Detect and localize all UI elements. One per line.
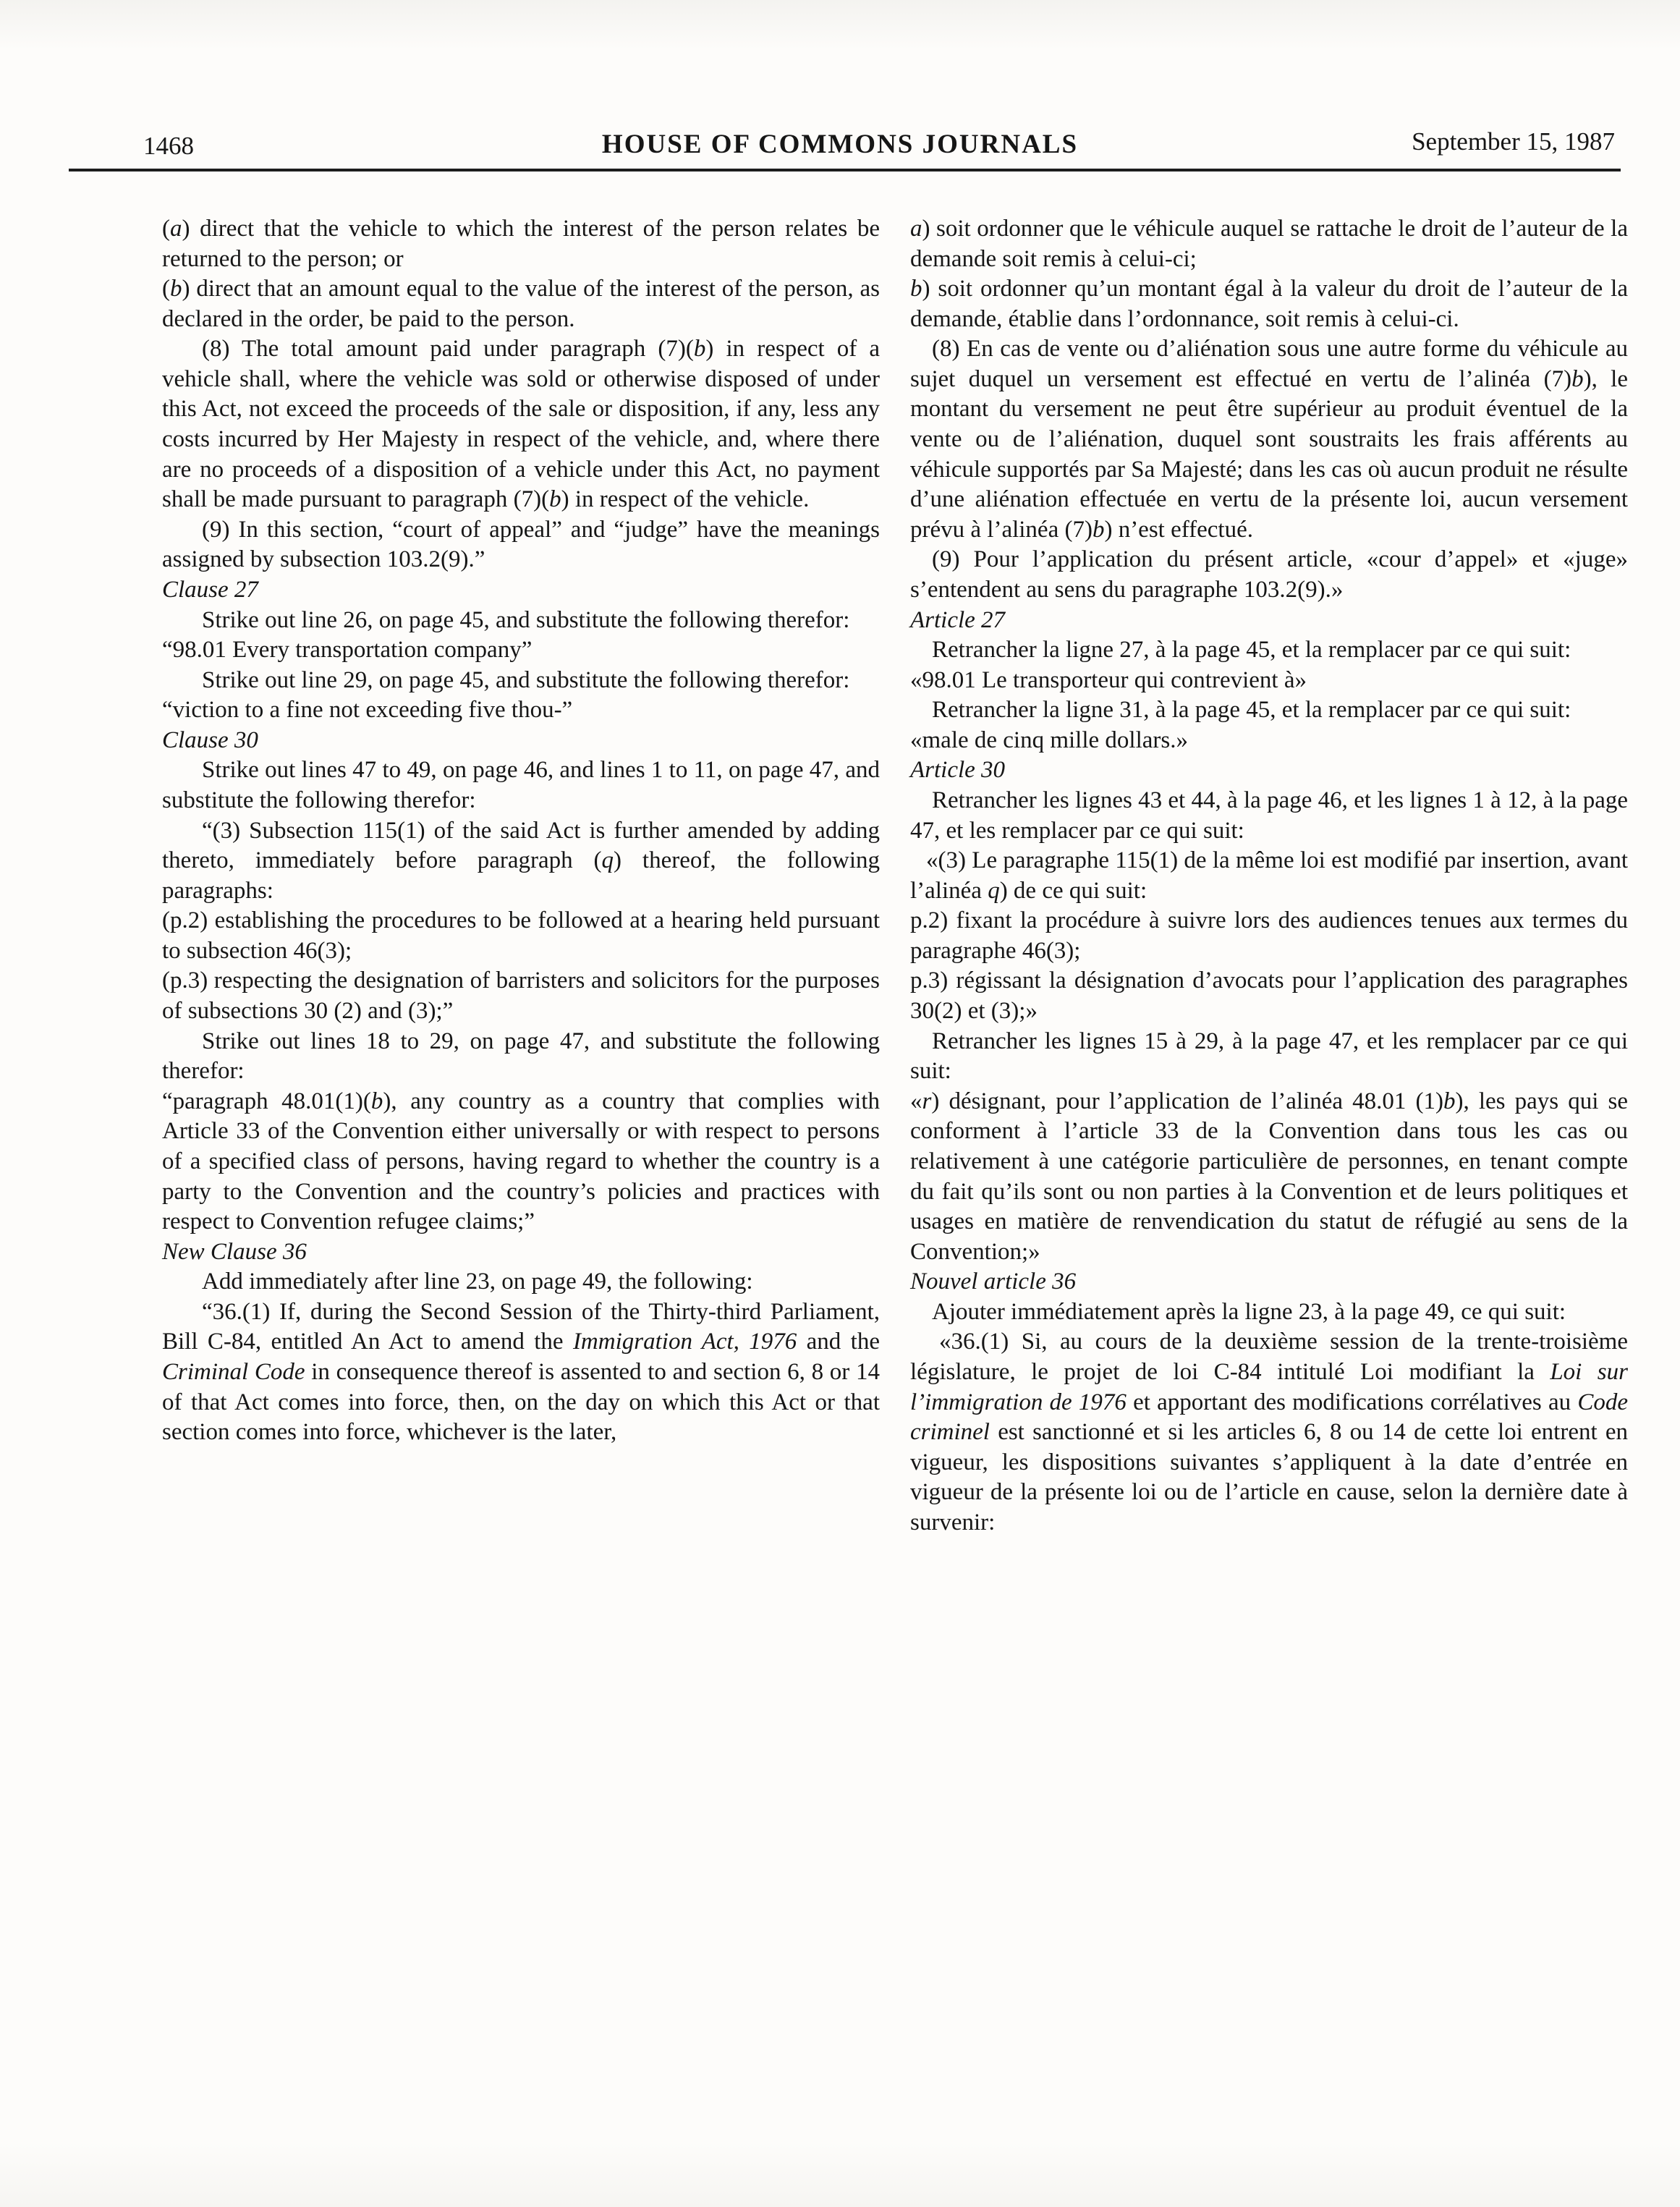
fr-quote-r: «r) désignant, pour l’application de l’a… bbox=[910, 1087, 1628, 1267]
en-quote-48-01: “paragraph 48.01(1)(b), any country as a… bbox=[162, 1087, 880, 1237]
fr-paragraph-p2: p.2) fixant la procédure à suivre lors d… bbox=[910, 906, 1628, 966]
en-strike-lines-18-29: Strike out lines 18 to 29, on page 47, a… bbox=[162, 1027, 880, 1087]
en-paragraph-8: (8) The total amount paid under paragrap… bbox=[162, 334, 880, 514]
en-strike-line-26: Strike out line 26, on page 45, and subs… bbox=[162, 606, 880, 636]
en-heading-clause-27: Clause 27 bbox=[162, 575, 880, 606]
fr-retrancher-ligne-27: Retrancher la ligne 27, à la page 45, et… bbox=[910, 635, 1628, 666]
fr-subsection-3: «(3) Le paragraphe 115(1) de la même loi… bbox=[910, 846, 1628, 906]
fr-retrancher-lignes-43-44: Retrancher les lignes 43 et 44, à la pag… bbox=[910, 786, 1628, 846]
en-paragraph-p2: (p.2) establishing the procedures to be … bbox=[162, 906, 880, 966]
en-subsection-3: “(3) Subsection 115(1) of the said Act i… bbox=[162, 816, 880, 907]
en-strike-lines-47-49: Strike out lines 47 to 49, on page 46, a… bbox=[162, 755, 880, 816]
fr-quote-male: «male de cinq mille dollars.» bbox=[910, 726, 1628, 756]
en-quote-98-01: “98.01 Every transportation company” bbox=[162, 635, 880, 666]
en-paragraph-p3: (p.3) respecting the designation of barr… bbox=[162, 966, 880, 1026]
fr-paragraph-8: (8) En cas de vente ou d’aliénation sous… bbox=[910, 334, 1628, 545]
fr-paragraph-9: (9) Pour l’application du présent articl… bbox=[910, 545, 1628, 605]
english-column: (a) direct that the vehicle to which the… bbox=[162, 214, 880, 1448]
en-paragraph-9: (9) In this section, “court of appeal” a… bbox=[162, 515, 880, 575]
fr-heading-article-27: Article 27 bbox=[910, 606, 1628, 636]
french-column: a) soit ordonner que le véhicule auquel … bbox=[910, 214, 1628, 1538]
page-date: September 15, 1987 bbox=[1412, 127, 1615, 156]
header-rule bbox=[69, 169, 1621, 171]
en-heading-clause-30: Clause 30 bbox=[162, 726, 880, 756]
en-strike-line-29: Strike out line 29, on page 45, and subs… bbox=[162, 666, 880, 696]
fr-heading-nouvel-article-36: Nouvel article 36 bbox=[910, 1267, 1628, 1297]
en-paragraph-b: (b) direct that an amount equal to the v… bbox=[162, 274, 880, 334]
fr-heading-article-30: Article 30 bbox=[910, 755, 1628, 786]
en-add-after-line-23: Add immediately after line 23, on page 4… bbox=[162, 1267, 880, 1297]
fr-retrancher-lignes-15-29: Retrancher les lignes 15 à 29, à la page… bbox=[910, 1027, 1628, 1087]
fr-ajouter-ligne-23: Ajouter immédiatement après la ligne 23,… bbox=[910, 1297, 1628, 1328]
en-heading-new-clause-36: New Clause 36 bbox=[162, 1237, 880, 1268]
fr-paragraph-b: b) soit ordonner qu’un montant égal à la… bbox=[910, 274, 1628, 334]
en-paragraph-a: (a) direct that the vehicle to which the… bbox=[162, 214, 880, 274]
journal-page: 1468 HOUSE OF COMMONS JOURNALS September… bbox=[0, 0, 1680, 2207]
fr-quote-98-01: «98.01 Le transporteur qui contrevient à… bbox=[910, 666, 1628, 696]
fr-section-36: «36.(1) Si, au cours de la deuxième sess… bbox=[910, 1327, 1628, 1538]
en-section-36: “36.(1) If, during the Second Session of… bbox=[162, 1297, 880, 1448]
en-quote-viction: “viction to a fine not exceeding five th… bbox=[162, 695, 880, 726]
fr-retrancher-ligne-31: Retrancher la ligne 31, à la page 45, et… bbox=[910, 695, 1628, 726]
fr-paragraph-p3: p.3) régissant la désignation d’avocats … bbox=[910, 966, 1628, 1026]
fr-paragraph-a: a) soit ordonner que le véhicule auquel … bbox=[910, 214, 1628, 274]
